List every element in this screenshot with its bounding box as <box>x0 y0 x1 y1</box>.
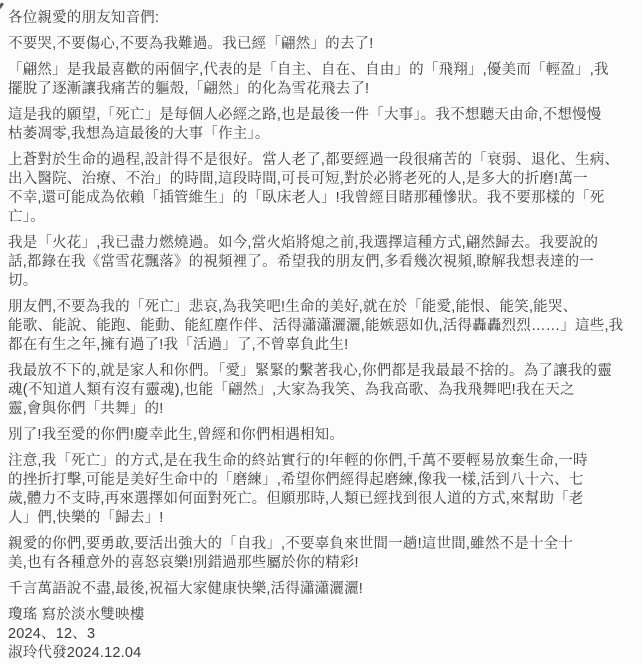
letter-body: 親愛的你們,要勇敢,要活出強大的「自我」,不要辜負來世間一趟!這世間,雖然不是十… <box>8 535 634 573</box>
letter-body: 朋友們,不要為我的「死亡」悲哀,為我笑吧!生命的美好,就在於「能愛,能恨、能笑,… <box>8 298 634 355</box>
letter-body: 上蒼對於生命的過程,設計得不是很好。當人老了,都要經過一段很痛苦的「衰弱、退化、… <box>8 151 634 227</box>
letter-body: 注意,我「死亡」的方式,是在我生命的終站實行的!年輕的你們,千萬不要輕易放棄生命… <box>8 452 634 528</box>
letter-body: 不要哭,不要傷心,不要為我難過。我已經「翩然」的去了! <box>8 35 634 54</box>
letter-body: 各位親愛的朋友知音們:不要哭,不要傷心,不要為我難過。我已經「翩然」的去了!「翩… <box>0 0 642 663</box>
letter-salutation: 各位親愛的朋友知音們: <box>8 9 634 28</box>
letter-body: 我是「火花」,我已盡力燃燒過。如今,當火焰將熄之前,我選擇這種方式,翩然歸去。我… <box>8 234 634 291</box>
letter-body: 千言萬語說不盡,最後,祝福大家健康快樂,活得瀟瀟灑灑! <box>8 580 634 599</box>
letter-body: 別了!我至愛的你們!慶幸此生,曾經和你們相遇相知。 <box>8 426 634 445</box>
letter-body: 「翩然」是我最喜歡的兩個字,代表的是「自主、自在、自由」的「飛翔」,優美而「輕盈… <box>8 61 634 99</box>
letter-body: 這是我的願望,「死亡」是每個人必經之路,也是最後一件「大事」。我不想聽天由命,不… <box>8 106 634 144</box>
letter-signature: 瓊瑤 寫於淡水雙映樓 2024、12、3 淑玲代發2024.12.04 <box>8 606 634 663</box>
document-page: 各位親愛的朋友知音們:不要哭,不要傷心,不要為我難過。我已經「翩然」的去了!「翩… <box>0 0 642 664</box>
letter-body: 我最放不下的,就是家人和你們。「愛」緊緊的繫著我心,你們都是我最最不捨的。為了讓… <box>8 362 634 419</box>
